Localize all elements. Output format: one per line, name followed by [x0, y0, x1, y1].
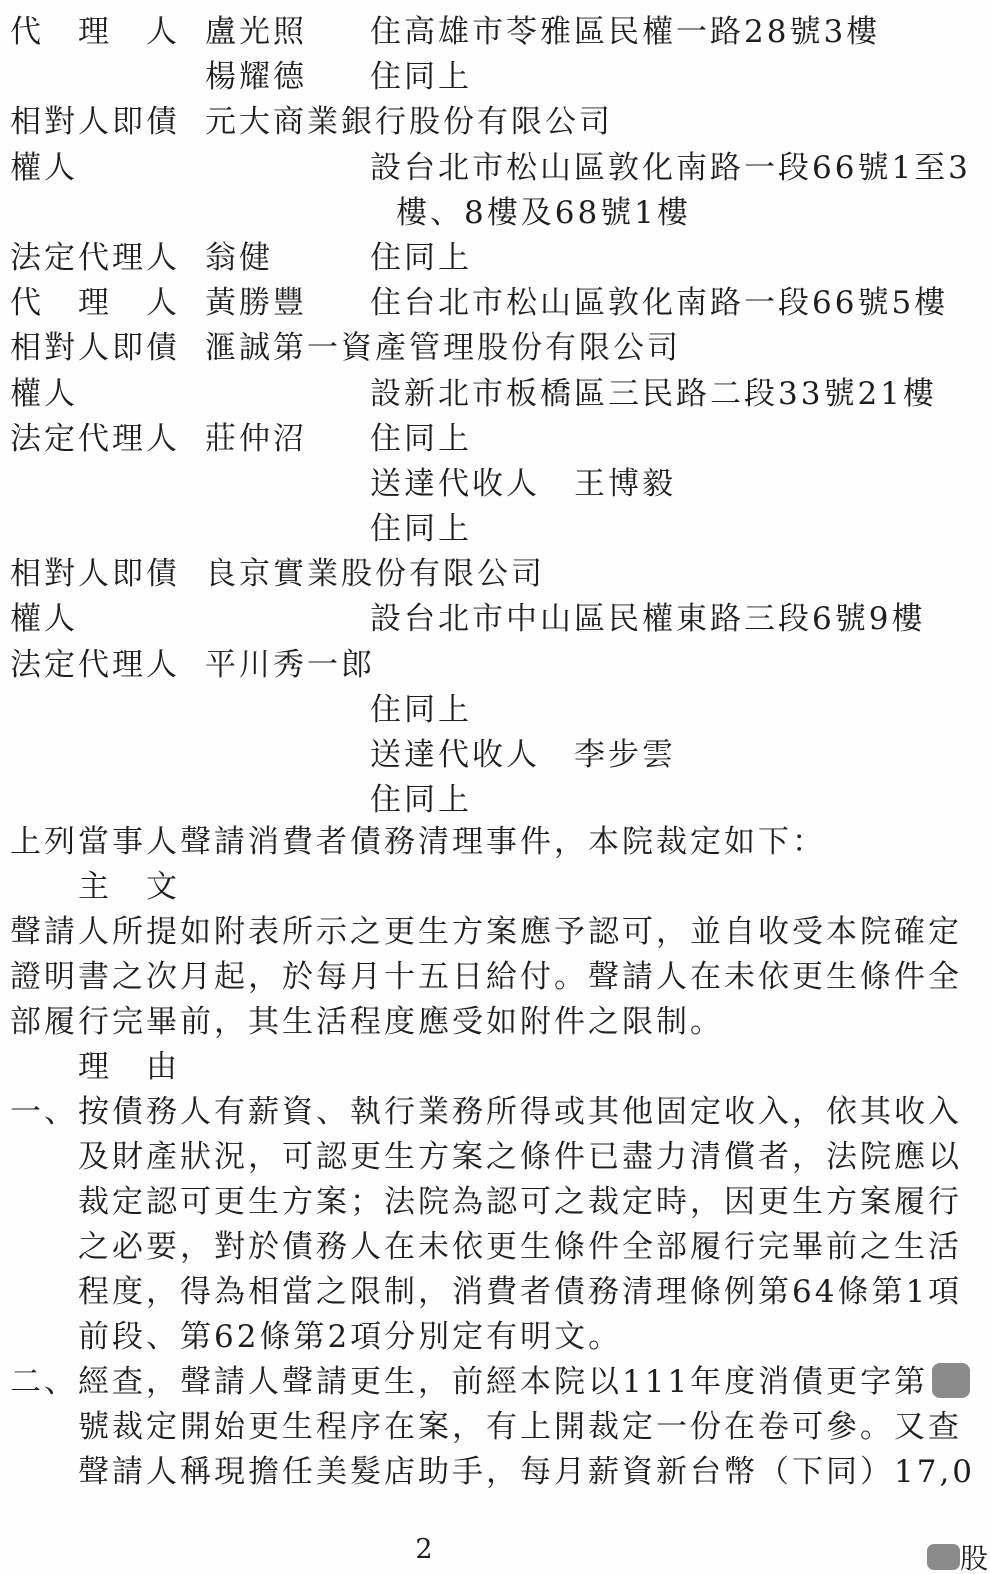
- party-address: 設新北市板橋區三民路二段33號21樓: [370, 374, 990, 419]
- party-address: 住同上: [370, 509, 990, 554]
- party-address: 設台北市中山區民權東路三段6號9樓: [370, 599, 990, 644]
- party-role-label: 權人: [0, 148, 205, 193]
- party-address: 樓、8樓及68號1樓: [370, 193, 990, 238]
- party-role-label: [0, 193, 205, 238]
- party-row: 樓、8樓及68號1樓: [0, 193, 990, 238]
- party-row: 權人 設新北市板橋區三民路二段33號21樓: [0, 374, 990, 419]
- party-row: 相對人即債 滙誠第一資產管理股份有限公司: [0, 328, 990, 373]
- redaction-box-case-number: [932, 1363, 970, 1398]
- body-line-text: 二、經查，聲請人聲請更生，前經本院以111年度消債更字第: [10, 1364, 928, 1400]
- body-line-text: 程度，得為相當之限制，消費者債務清理條例第64條第1項: [78, 1274, 962, 1310]
- party-role-label: 代 理 人: [0, 283, 205, 328]
- party-name: 莊仲沼: [205, 419, 370, 464]
- party-address: 住同上: [370, 238, 990, 283]
- party-name: [205, 374, 370, 419]
- party-address: 住同上: [370, 780, 990, 825]
- party-role-label: 相對人即債: [0, 554, 205, 599]
- party-address: 送達代收人 李步雲: [370, 735, 990, 780]
- party-role-label: 相對人即債: [0, 328, 205, 373]
- body-line-text: 及財產狀況，可認更生方案之條件已盡力清償者，法院應以: [78, 1139, 962, 1175]
- party-row: 法定代理人 翁健 住同上: [0, 238, 990, 283]
- body-line-text: 之必要，對於債務人在未依更生條件全部履行完畢前之生活: [78, 1229, 962, 1265]
- party-address: 住同上: [370, 57, 990, 102]
- party-role-label: [0, 509, 205, 554]
- clerk-section-suffix: 股: [960, 1537, 988, 1574]
- party-name: 元大商業銀行股份有限公司: [205, 102, 613, 147]
- party-role-label: 權人: [0, 599, 205, 644]
- body-line: 裁定認可更生方案；法院為認可之裁定時，因更生方案履行: [0, 1182, 990, 1227]
- party-role-label: 法定代理人: [0, 238, 205, 283]
- party-row: 相對人即債 元大商業銀行股份有限公司: [0, 102, 990, 147]
- body-line-text: 主 文: [78, 869, 180, 905]
- party-name: [205, 464, 370, 509]
- party-row: 代 理 人 黃勝豐 住台北市松山區敦化南路一段66號5樓: [0, 283, 990, 328]
- party-name: [205, 599, 370, 644]
- party-name: [205, 509, 370, 554]
- party-name: [205, 690, 370, 735]
- party-address: [681, 328, 990, 373]
- party-row: 楊耀德 住同上: [0, 57, 990, 102]
- body-line-text: 一、按債務人有薪資、執行業務所得或其他固定收入，依其收入: [10, 1094, 962, 1130]
- body-line: 聲請人所提如附表所示之更生方案應予認可，並自收受本院確定: [0, 912, 990, 957]
- party-name: 滙誠第一資產管理股份有限公司: [205, 328, 681, 373]
- party-address: 住高雄市苓雅區民權一路28號3樓: [370, 12, 990, 57]
- body-line: 及財產狀況，可認更生方案之條件已盡力清償者，法院應以: [0, 1137, 990, 1182]
- party-name: [205, 780, 370, 825]
- party-name: 良京實業股份有限公司: [205, 554, 545, 599]
- party-role-label: 權人: [0, 374, 205, 419]
- party-address: 住台北市松山區敦化南路一段66號5樓: [370, 283, 990, 328]
- body-line: 上列當事人聲請消費者債務清理事件，本院裁定如下：: [0, 822, 990, 867]
- party-role-label: [0, 690, 205, 735]
- body-line-text: 聲請人所提如附表所示之更生方案應予認可，並自收受本院確定: [10, 914, 962, 950]
- party-address: 住同上: [370, 690, 990, 735]
- party-row: 代 理 人 盧光照 住高雄市苓雅區民權一路28號3樓: [0, 12, 990, 57]
- body-line: 證明書之次月起，於每月十五日給付。聲請人在未依更生條件全: [0, 957, 990, 1002]
- ruling-body: 上列當事人聲請消費者債務清理事件，本院裁定如下： 主 文 聲請人所提如附表所示之…: [0, 822, 990, 1497]
- body-line: 一、按債務人有薪資、執行業務所得或其他固定收入，依其收入: [0, 1092, 990, 1137]
- party-row: 住同上: [0, 690, 990, 735]
- party-name: [205, 193, 370, 238]
- body-line-text: 證明書之次月起，於每月十五日給付。聲請人在未依更生條件全: [10, 959, 962, 995]
- party-address: 設台北市松山區敦化南路一段66號1至3: [370, 148, 990, 193]
- clerk-section-stamp: 股: [927, 1537, 988, 1574]
- party-role-label: 法定代理人: [0, 419, 205, 464]
- party-name: 盧光照: [205, 12, 370, 57]
- party-role-label: [0, 464, 205, 509]
- party-name: 平川秀一郎: [205, 645, 375, 690]
- party-list: 代 理 人 盧光照 住高雄市苓雅區民權一路28號3樓 楊耀德 住同上 相對人即債…: [0, 12, 990, 825]
- party-row: 法定代理人 莊仲沼 住同上: [0, 419, 990, 464]
- party-row: 送達代收人 王博毅: [0, 464, 990, 509]
- court-ruling-scanned-page: 代 理 人 盧光照 住高雄市苓雅區民權一路28號3樓 楊耀德 住同上 相對人即債…: [0, 0, 990, 1574]
- party-address: [613, 102, 990, 147]
- section-heading-main-text: 主 文: [0, 867, 990, 912]
- party-address: [375, 645, 990, 690]
- body-line: 程度，得為相當之限制，消費者債務清理條例第64條第1項: [0, 1272, 990, 1317]
- section-heading-reasons: 理 由: [0, 1047, 990, 1092]
- body-line: 之必要，對於債務人在未依更生條件全部履行完畢前之生活: [0, 1227, 990, 1272]
- party-address: 住同上: [370, 419, 990, 464]
- body-line-text: 理 由: [78, 1049, 180, 1085]
- body-line-text: 聲請人稱現擔任美髮店助手，每月薪資新台幣（下同）17,0: [78, 1454, 975, 1490]
- body-line: 前段、第62條第2項分別定有明文。: [0, 1317, 990, 1362]
- party-role-label: 相對人即債: [0, 102, 205, 147]
- body-line-text: 號裁定開始更生程序在案，有上開裁定一份在卷可參。又查: [78, 1409, 962, 1445]
- body-line-with-redaction: 二、經查，聲請人聲請更生，前經本院以111年度消債更字第: [0, 1362, 990, 1407]
- party-row: 權人 設台北市松山區敦化南路一段66號1至3: [0, 148, 990, 193]
- party-address: 送達代收人 王博毅: [370, 464, 990, 509]
- party-address: [545, 554, 990, 599]
- party-name: 黃勝豐: [205, 283, 370, 328]
- body-line: 部履行完畢前，其生活程度應受如附件之限制。: [0, 1002, 990, 1047]
- party-role-label: 代 理 人: [0, 12, 205, 57]
- party-row: 相對人即債 良京實業股份有限公司: [0, 554, 990, 599]
- page-number: 2: [404, 1534, 444, 1565]
- party-name: [205, 148, 370, 193]
- body-line-text: 裁定認可更生方案；法院為認可之裁定時，因更生方案履行: [78, 1184, 962, 1220]
- body-line-text: 前段、第62條第2項分別定有明文。: [78, 1319, 622, 1355]
- party-row: 權人 設台北市中山區民權東路三段6號9樓: [0, 599, 990, 644]
- party-row: 法定代理人 平川秀一郎: [0, 645, 990, 690]
- party-role-label: [0, 735, 205, 780]
- party-name: 翁健: [205, 238, 370, 283]
- party-role-label: 法定代理人: [0, 645, 205, 690]
- party-row: 住同上: [0, 509, 990, 554]
- body-line-text: 上列當事人聲請消費者債務清理事件，本院裁定如下：: [10, 824, 826, 860]
- body-line: 號裁定開始更生程序在案，有上開裁定一份在卷可參。又查: [0, 1407, 990, 1452]
- party-row: 送達代收人 李步雲: [0, 735, 990, 780]
- party-role-label: [0, 780, 205, 825]
- party-row: 住同上: [0, 780, 990, 825]
- body-line: 聲請人稱現擔任美髮店助手，每月薪資新台幣（下同）17,0: [0, 1452, 990, 1497]
- redaction-box-clerk-section: [927, 1544, 960, 1570]
- party-name: 楊耀德: [205, 57, 370, 102]
- party-name: [205, 735, 370, 780]
- party-role-label: [0, 57, 205, 102]
- body-line-text: 部履行完畢前，其生活程度應受如附件之限制。: [10, 1004, 724, 1040]
